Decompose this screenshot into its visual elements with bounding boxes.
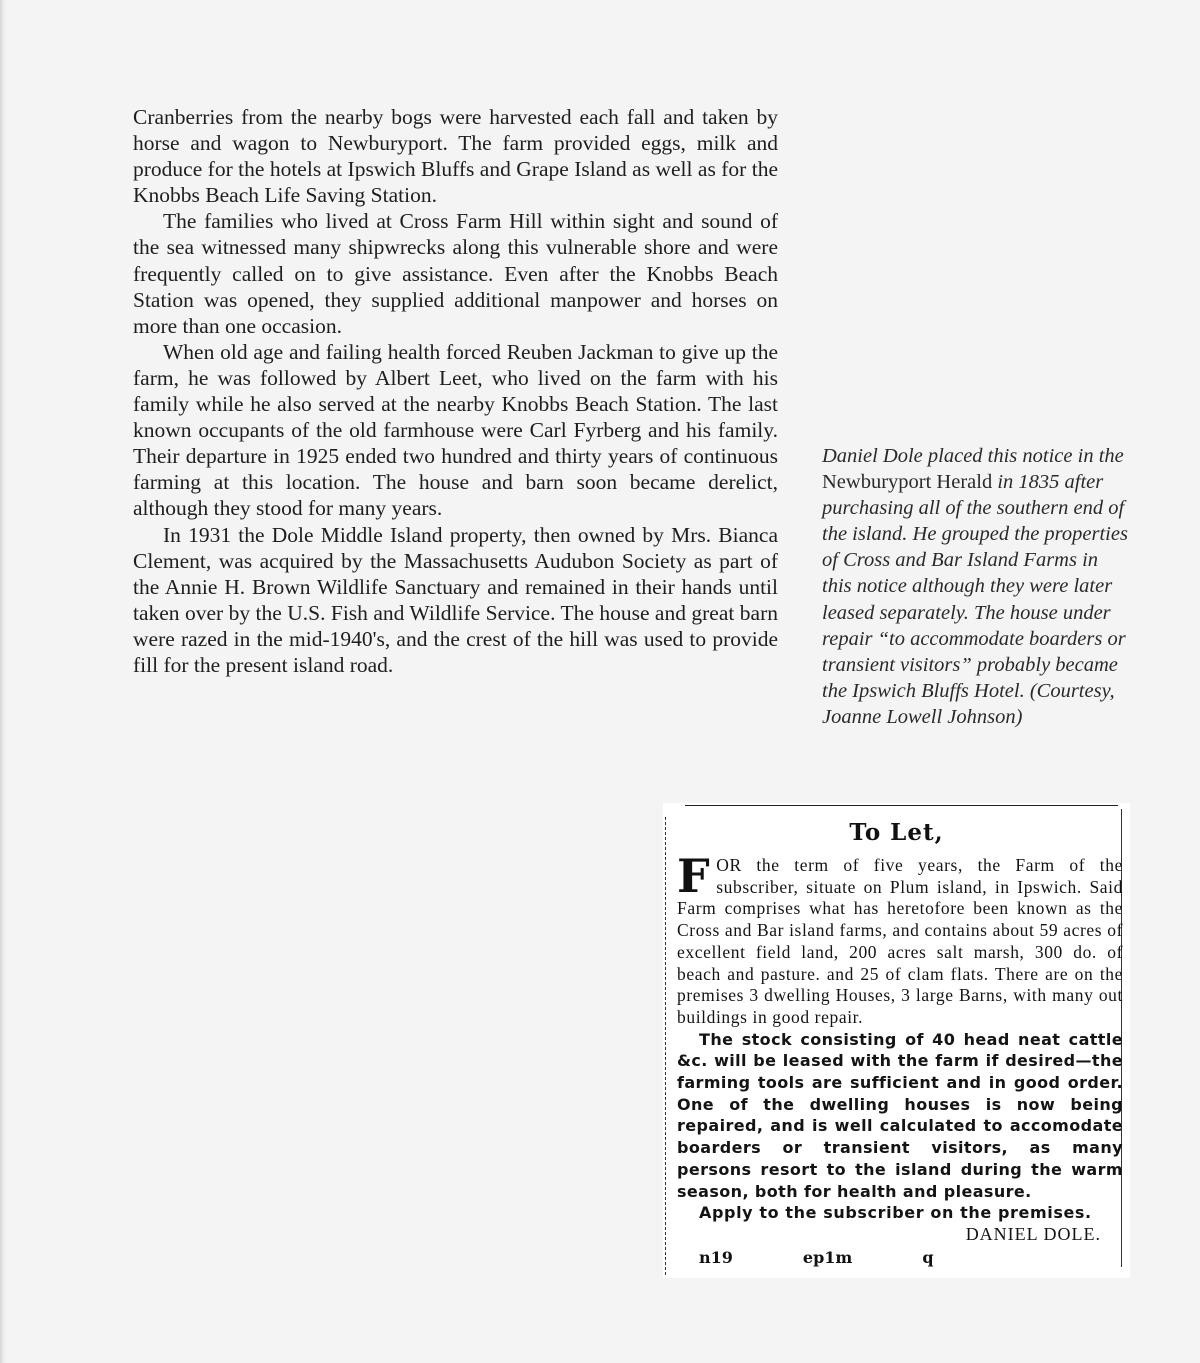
main-body-text: Cranberries from the nearby bogs were ha… <box>133 104 778 678</box>
clipping-paragraph-1: FOR the term of five years, the Farm of … <box>677 855 1123 1029</box>
clipping-footer-codes: n19 ep1m q <box>699 1248 934 1267</box>
clipping-paragraph-2: The stock consisting of 40 head neat cat… <box>677 1029 1123 1203</box>
clipping-top-rule <box>685 805 1118 806</box>
paragraph-cranberries: Cranberries from the nearby bogs were ha… <box>133 104 778 208</box>
drop-cap-letter: F <box>677 857 710 895</box>
image-caption: Daniel Dole placed this notice in the Ne… <box>822 443 1132 730</box>
footer-code-2: ep1m <box>803 1248 852 1267</box>
paragraph-1931-audubon: In 1931 the Dole Middle Island property,… <box>133 522 778 679</box>
clipping-left-border <box>665 817 666 1275</box>
footer-code-3: q <box>922 1248 933 1267</box>
newspaper-clipping: To Let, FOR the term of five years, the … <box>663 803 1130 1278</box>
footer-code-1: n19 <box>699 1248 733 1267</box>
clipping-signature: DANIEL DOLE. <box>677 1224 1123 1246</box>
page-binding-edge <box>0 0 6 1363</box>
paragraph-reuben-jackman: When old age and failing health forced R… <box>133 339 778 522</box>
paragraph-families: The families who lived at Cross Farm Hil… <box>133 208 778 338</box>
caption-publication-name: Newburyport Herald <box>822 471 992 493</box>
caption-text-part2: in 1835 after purchasing all of the sout… <box>822 471 1128 728</box>
clipping-paragraph-1-text: OR the term of five years, the Farm of t… <box>677 855 1123 1027</box>
clipping-apply-line: Apply to the subscriber on the premises. <box>677 1202 1123 1224</box>
clipping-body: FOR the term of five years, the Farm of … <box>677 855 1123 1246</box>
caption-text-part1: Daniel Dole placed this notice in the <box>822 445 1124 467</box>
clipping-headline: To Let, <box>663 819 1130 846</box>
